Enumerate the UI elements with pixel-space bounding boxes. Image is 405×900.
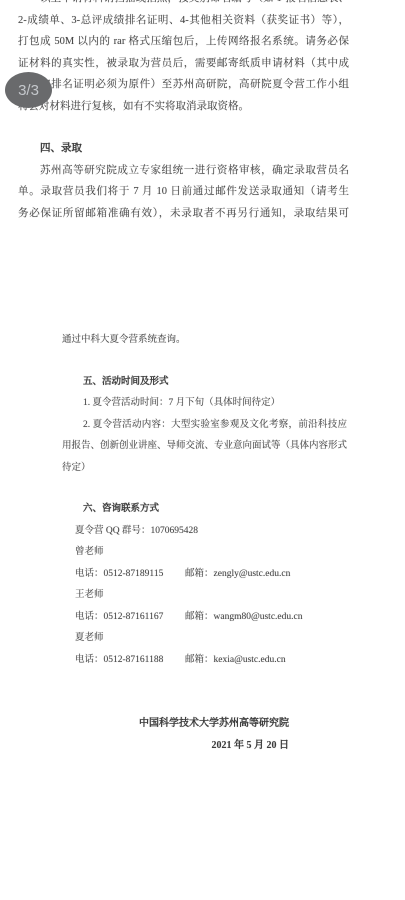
document-viewer: 3/3 以上申请材料请扫描或拍照，按类别命名编号（如 1-报名信息表、 2-成绩… bbox=[0, 0, 405, 900]
heading-admission: 四、录取 bbox=[18, 138, 349, 160]
heading-schedule: 五、活动时间及形式 bbox=[62, 372, 347, 394]
doc-line: 以上申请材料请扫描或拍照，按类别命名编号（如 1-报名信息表、 bbox=[18, 0, 349, 10]
document-page-block-2: 通过中科大夏令营系统查询。 五、活动时间及形式 1. 夏令营活动时间：7 月下旬… bbox=[62, 330, 347, 756]
doc-line: 通过中科大夏令营系统查询。 bbox=[62, 330, 347, 352]
doc-line: 绩单和排名证明必须为原件）至苏州高研院，高研院夏令营工作小组 bbox=[18, 74, 349, 96]
doc-line: 将会对材料进行复核，如有不实将取消录取资格。 bbox=[18, 96, 349, 118]
signature-date: 2021 年 5 月 20 日 bbox=[62, 735, 289, 757]
doc-line: 2-成绩单、3-总评成绩排名证明、4-其他相关资料（获奖证书）等）， bbox=[18, 10, 349, 32]
heading-contact: 六、咨询联系方式 bbox=[62, 499, 347, 521]
doc-line: 单。录取营员我们将于 7 月 10 日前通过邮件发送录取通知（请考生 bbox=[18, 181, 349, 203]
contact-name: 夏老师 bbox=[62, 628, 347, 650]
contact-row: 电话：0512-87189115邮箱：zengly@ustc.edu.cn bbox=[62, 564, 347, 586]
signature-org: 中国科学技术大学苏州高等研究院 bbox=[62, 713, 289, 735]
document-page-block-1: 以上申请材料请扫描或拍照，按类别命名编号（如 1-报名信息表、 2-成绩单、3-… bbox=[18, 0, 349, 224]
doc-line: 2. 夏令营活动内容：大型实验室参观及文化考察，前沿科技应 bbox=[62, 415, 347, 437]
contact-row: 电话：0512-87161167邮箱：wangm80@ustc.edu.cn bbox=[62, 607, 347, 629]
contact-email: 邮箱：zengly@ustc.edu.cn bbox=[185, 569, 290, 579]
contact-name: 曾老师 bbox=[62, 542, 347, 564]
doc-line: 1. 夏令营活动时间：7 月下旬（具体时间待定） bbox=[62, 393, 347, 415]
contact-row: 电话：0512-87161188邮箱：kexia@ustc.edu.cn bbox=[62, 650, 347, 672]
doc-line: 待定） bbox=[62, 458, 347, 480]
contact-name: 王老师 bbox=[62, 585, 347, 607]
page-indicator-badge: 3/3 bbox=[5, 72, 52, 108]
doc-line: 用报告、创新创业讲座、导师交流、专业意向面试等（具体内容形式 bbox=[62, 436, 347, 458]
doc-line: 务必保证所留邮箱准确有效），未录取者不再另行通知，录取结果可 bbox=[18, 203, 349, 225]
signature-block: 中国科学技术大学苏州高等研究院 2021 年 5 月 20 日 bbox=[62, 713, 347, 756]
doc-line: 苏州高等研究院成立专家组统一进行资格审核，确定录取营员名 bbox=[18, 160, 349, 182]
contact-email: 邮箱：wangm80@ustc.edu.cn bbox=[185, 612, 302, 622]
doc-line: 证材料的真实性，被录取为营员后，需要邮寄纸质申请材料（其中成 bbox=[18, 53, 349, 75]
qq-group-line: 夏令营 QQ 群号：1070695428 bbox=[62, 521, 347, 543]
doc-line: 打包成 50M 以内的 rar 格式压缩包后，上传网络报名系统。请务必保 bbox=[18, 31, 349, 53]
contact-phone: 电话：0512-87189115 bbox=[75, 564, 185, 586]
contact-phone: 电话：0512-87161188 bbox=[75, 650, 185, 672]
contact-email: 邮箱：kexia@ustc.edu.cn bbox=[185, 655, 286, 665]
contact-phone: 电话：0512-87161167 bbox=[75, 607, 185, 629]
